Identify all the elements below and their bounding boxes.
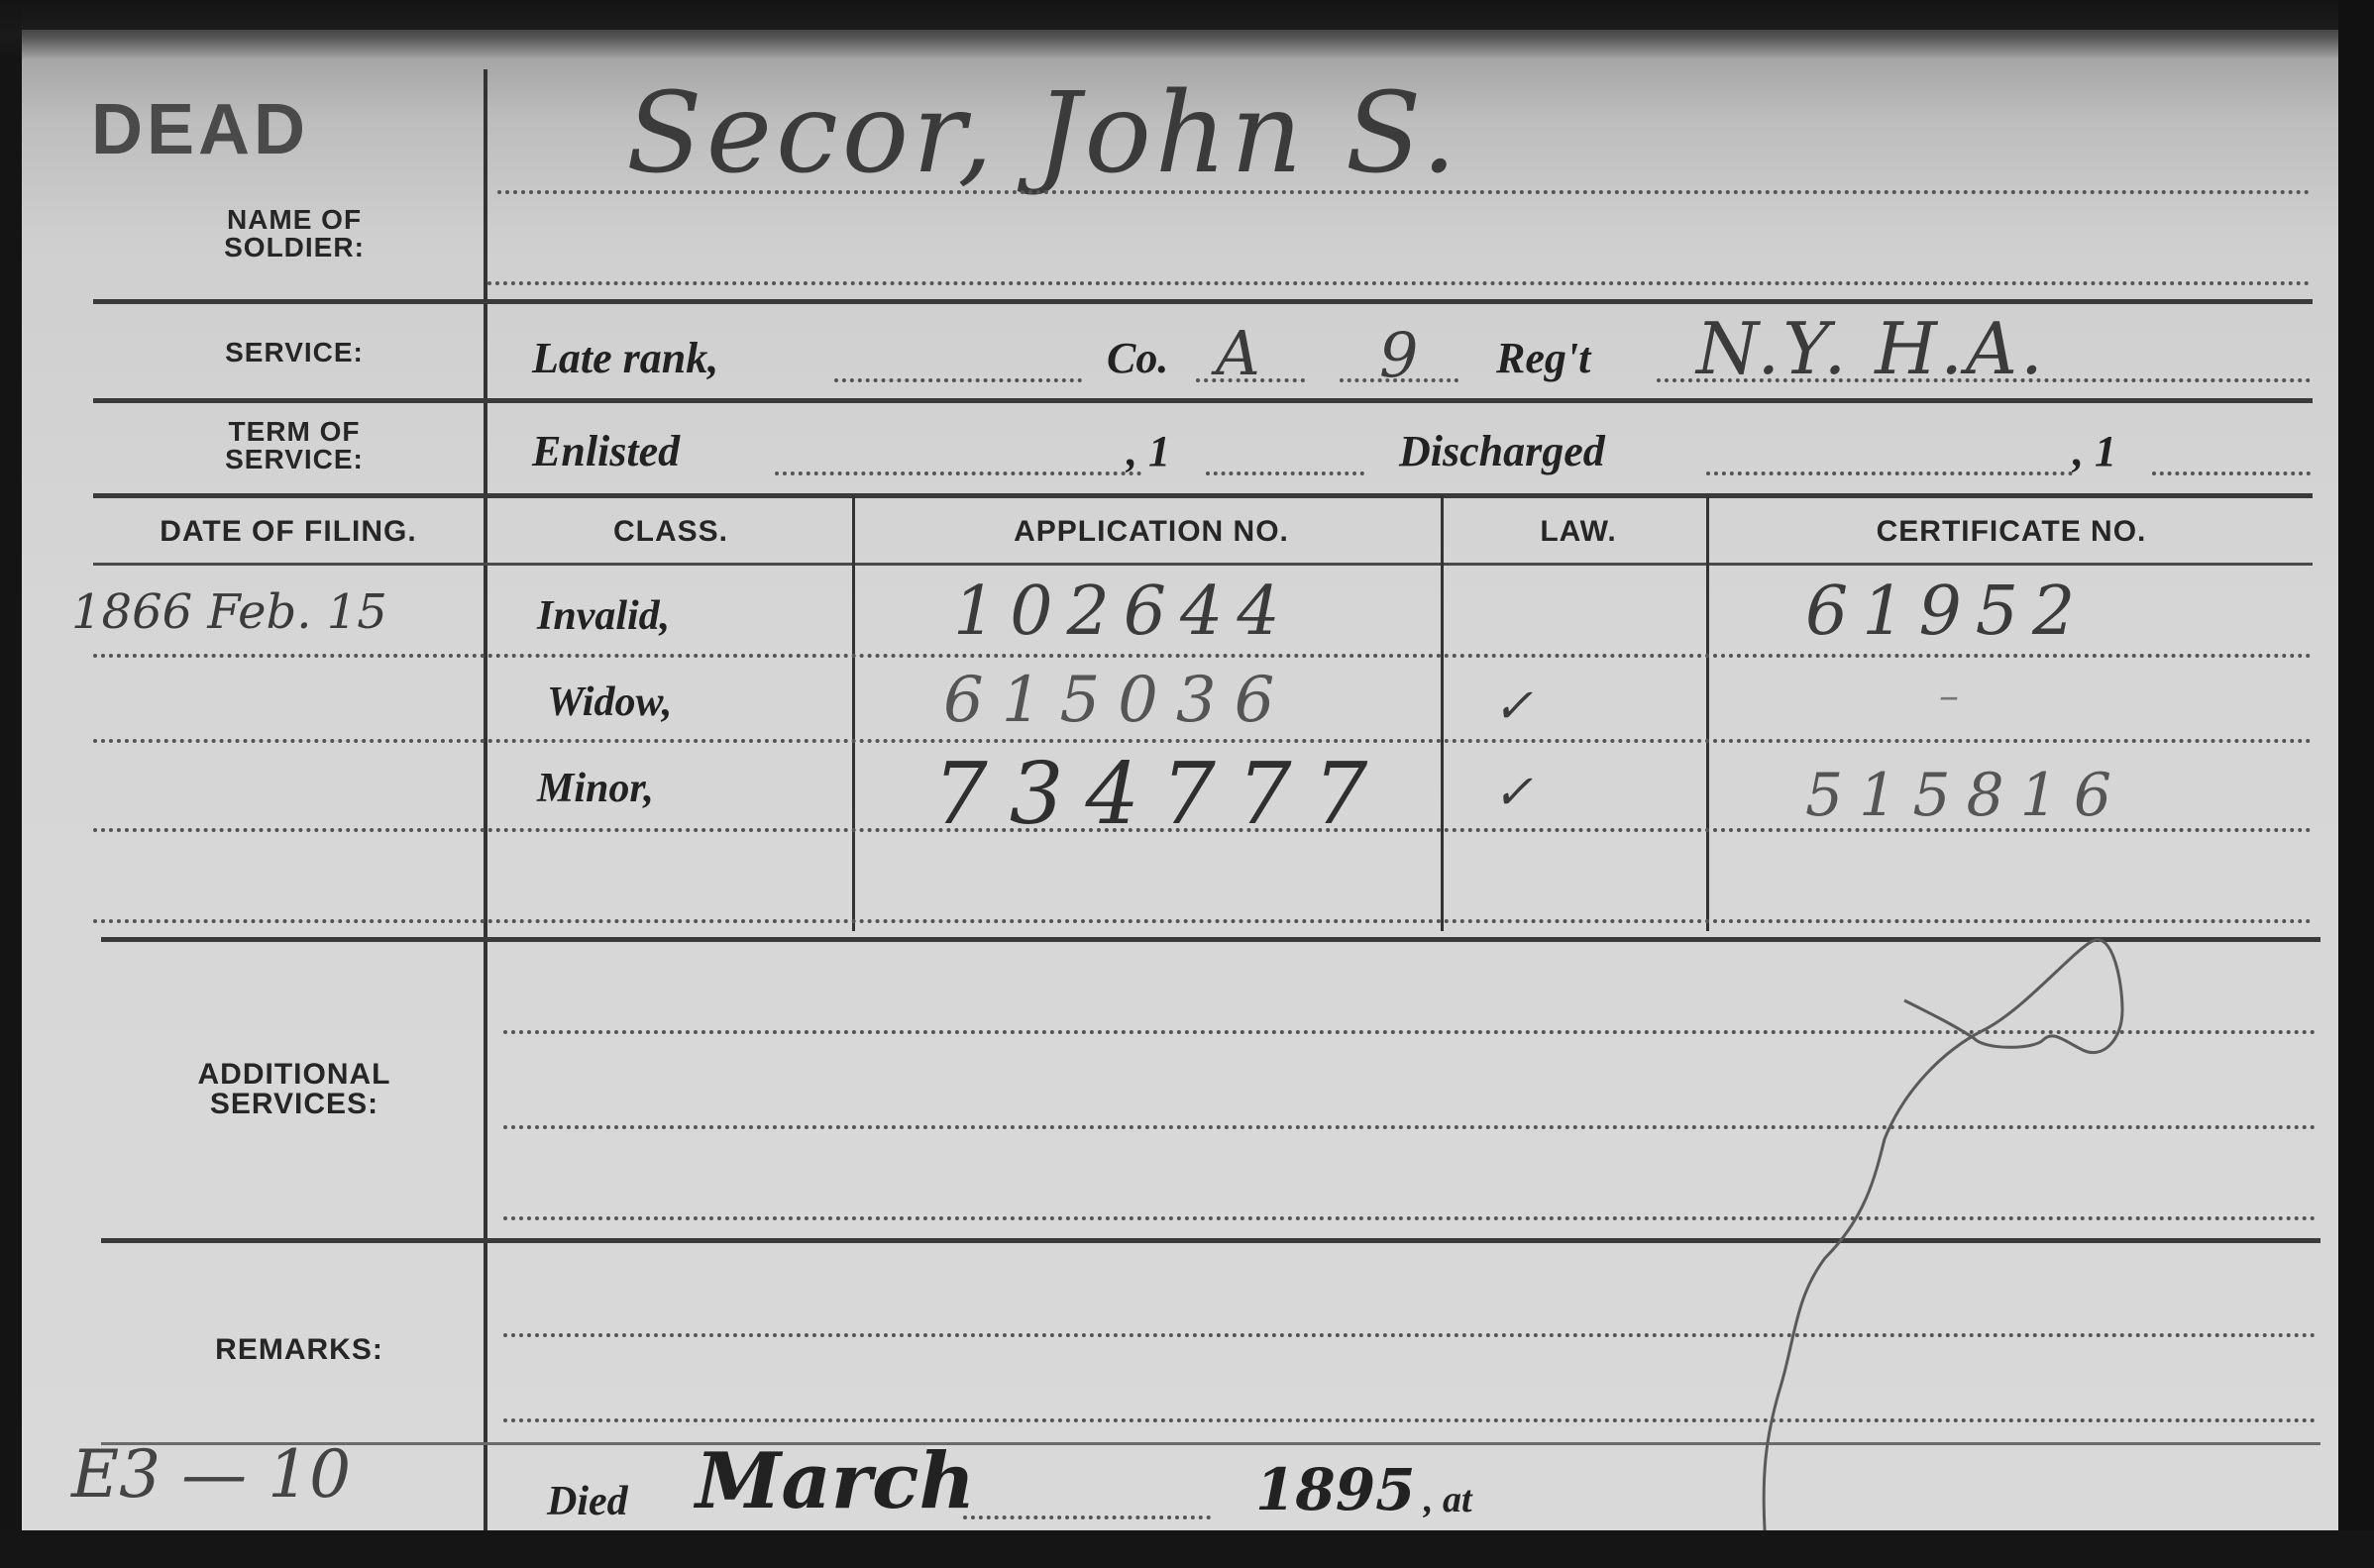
- col-divider-2: [1441, 495, 1444, 931]
- enlisted-year-dots: [1206, 471, 1364, 475]
- late-rank-label: Late rank,: [532, 333, 718, 383]
- row-divider: [93, 828, 2313, 832]
- fiber-artifact-icon: [1657, 921, 2212, 1565]
- class-value: Minor,: [537, 765, 654, 812]
- soldier-name: Secor, John S.: [626, 69, 1460, 198]
- rule-under-name: [93, 299, 2313, 304]
- name-dotted-line: [497, 190, 2311, 194]
- rule-under-service: [93, 398, 2313, 403]
- col-divider-3: [1706, 495, 1709, 931]
- date-of-filing: 1866 Feb. 15: [71, 584, 387, 640]
- additional-services-label: ADDITIONAL SERVICES:: [161, 1060, 428, 1119]
- term-of-service-label: TERM OF SERVICE:: [170, 418, 418, 473]
- pension-index-card: DEAD NAME OF SOLDIER: Secor, John S. SER…: [22, 30, 2346, 1533]
- enlisted-year-prefix: , 1: [1127, 426, 1170, 476]
- died-month: March: [696, 1436, 975, 1526]
- certificate-number: 61952: [1805, 573, 2089, 651]
- regiment-number-dots: [1340, 378, 1458, 382]
- late-rank-dots: [834, 378, 1082, 382]
- class-value: Widow,: [547, 679, 672, 726]
- col-certificate-no: CERTIFICATE NO.: [1712, 515, 2311, 549]
- application-number: 102644: [953, 573, 1294, 651]
- application-number: 615036: [943, 664, 1292, 737]
- name-dotted-line-2: [487, 281, 2311, 285]
- died-day-dots: [963, 1516, 1211, 1519]
- col-divider-1: [852, 495, 855, 931]
- col-date-of-filing: DATE OF FILING.: [93, 515, 484, 549]
- law-checkmark: ✓: [1493, 679, 1533, 734]
- scan-border-right: [2338, 0, 2374, 1568]
- class-value: Invalid,: [537, 592, 670, 640]
- enlisted-dots: [775, 471, 1141, 475]
- discharged-dots: [1706, 471, 2073, 475]
- certificate-number: –: [1939, 674, 1959, 719]
- left-column-divider: [484, 69, 487, 1533]
- regiment-dots: [1657, 378, 2311, 382]
- enlisted-label: Enlisted: [532, 426, 680, 476]
- died-label: Died: [547, 1478, 628, 1525]
- died-year: 1895: [1255, 1456, 1415, 1523]
- company-label: Co.: [1107, 333, 1168, 383]
- service-label: SERVICE:: [170, 339, 418, 366]
- col-application-no: APPLICATION NO.: [859, 515, 1444, 549]
- at-label: , at: [1424, 1478, 1472, 1521]
- discharged-year-prefix: , 1: [2073, 426, 2116, 476]
- rule-under-term: [93, 493, 2313, 498]
- remarks-label: REMARKS:: [170, 1335, 428, 1365]
- row-divider: [93, 654, 2313, 658]
- dead-stamp: DEAD: [91, 89, 309, 170]
- discharged-label: Discharged: [1399, 426, 1605, 476]
- scan-border-left: [0, 0, 22, 1568]
- name-of-soldier-label: NAME OF SOLDIER:: [170, 206, 418, 261]
- col-class: CLASS.: [487, 515, 854, 549]
- col-law: LAW.: [1447, 515, 1710, 549]
- regiment-label: Reg't: [1496, 333, 1590, 383]
- scan-border-bottom: [0, 1530, 2374, 1568]
- discharged-year-dots: [2152, 471, 2311, 475]
- certificate-number: 515816: [1805, 761, 2127, 830]
- left-annotation: E3 — 10: [71, 1436, 351, 1513]
- rule-under-table-header: [93, 563, 2313, 566]
- law-checkmark: ✓: [1493, 765, 1533, 820]
- row-divider: [93, 739, 2313, 743]
- company-dots: [1196, 378, 1305, 382]
